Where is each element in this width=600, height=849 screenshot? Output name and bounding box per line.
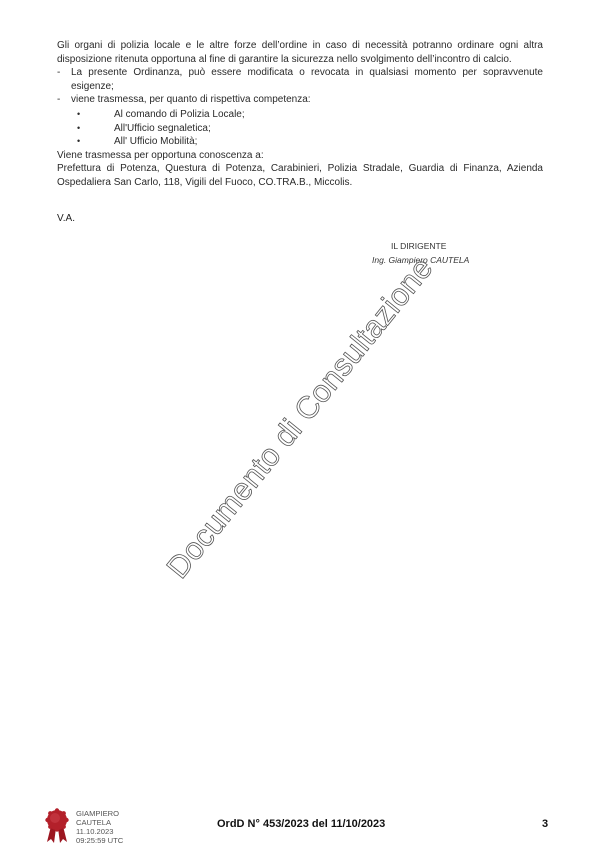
signature-title: IL DIRIGENTE (391, 241, 446, 251)
bullet-list-item: • All' Ufficio Mobilità; (57, 135, 543, 149)
dash-list-item: - viene trasmessa, per quanto di rispett… (57, 93, 543, 107)
seal-ribbon-icon (42, 808, 72, 844)
signature-date: 11.10.2023 (76, 827, 123, 836)
dash-list-item: - La presente Ordinanza, può essere modi… (57, 66, 543, 93)
bullet-text: Al comando di Polizia Locale; (114, 108, 543, 122)
bullet-marker: • (77, 108, 80, 122)
paragraph-line: disposizione ritenuta opportuna al fine … (57, 53, 543, 67)
bullet-list-item: • All'Ufficio segnaletica; (57, 122, 543, 136)
document-page: Gli organi di polizia locale e le altre … (0, 0, 600, 849)
signature-time: 09:25:59 UTC (76, 836, 123, 845)
bullet-marker: • (77, 122, 80, 136)
bullet-list-item: • Al comando di Polizia Locale; (57, 108, 543, 122)
digital-signature-info: GIAMPIERO CAUTELA 11.10.2023 09:25:59 UT… (76, 809, 123, 845)
recipients-line: Prefettura di Potenza, Questura di Poten… (57, 162, 543, 176)
dash-item-line: La presente Ordinanza, può essere modifi… (71, 66, 543, 80)
dash-item-line: viene trasmessa, per quanto di rispettiv… (71, 93, 543, 107)
document-reference: OrdD N° 453/2023 del 11/10/2023 (217, 818, 385, 830)
page-number: 3 (542, 818, 548, 830)
signer-first-name: GIAMPIERO (76, 809, 123, 818)
initials: V.A. (57, 213, 75, 224)
bullet-text: All'Ufficio segnaletica; (114, 122, 543, 136)
bullet-text: All' Ufficio Mobilità; (114, 135, 543, 149)
watermark: Documento di Consultazione (160, 251, 441, 586)
dash-item-line: esigenze; (71, 80, 543, 94)
signer-last-name: CAUTELA (76, 818, 123, 827)
knowledge-intro: Viene trasmessa per opportuna conoscenza… (57, 149, 543, 163)
dash-marker: - (57, 93, 60, 107)
document-body: Gli organi di polizia locale e le altre … (57, 39, 543, 190)
paragraph-line: Gli organi di polizia locale e le altre … (57, 39, 543, 53)
dash-marker: - (57, 66, 60, 80)
recipients-line: Ospedaliera San Carlo, 118, Vigili del F… (57, 176, 543, 190)
bullet-marker: • (77, 135, 80, 149)
